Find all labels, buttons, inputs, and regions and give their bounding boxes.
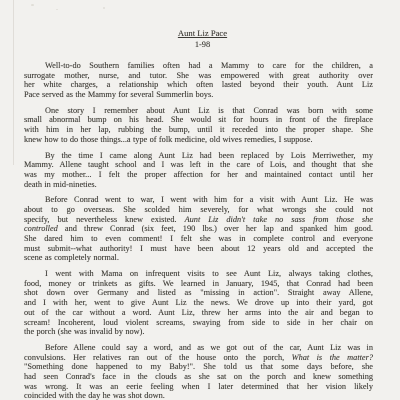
scanned-page-edge	[13, 0, 14, 165]
scan-speck	[56, 9, 58, 10]
document-page: Aunt Liz Pace 1-98 Well-to-do Southern f…	[0, 0, 400, 400]
text-line: small abnormal bump on his head. She wou…	[24, 115, 373, 125]
italic-text-run: Aunt Liz didn't take no sass from those …	[185, 215, 373, 224]
text-line: knew how to do those things...a type of …	[24, 135, 373, 145]
paragraph: Before Allene could say a word, and as w…	[24, 343, 373, 400]
text-run: had seen Conrad's face in the clouds as …	[24, 372, 373, 381]
text-run: small abnormal bump on his head. She wou…	[24, 115, 373, 124]
text-line: "Something done happened to my Baby!". S…	[24, 362, 373, 372]
text-run: scream! Incoherent, loud violent screams…	[24, 318, 373, 327]
document-body: Well-to-do Southern families often had a…	[24, 61, 373, 400]
text-run: By the time I came along Aunt Liz had be…	[45, 151, 373, 160]
text-line: One story I remember about Aunt Liz is t…	[24, 106, 373, 116]
text-run: with him in her lap, rubbing the bump, u…	[24, 125, 373, 134]
text-run: Well-to-do Southern families often had a…	[45, 61, 373, 70]
text-run: out of the car without a word. Aunt Liz,…	[24, 308, 373, 317]
text-line: food, money or trinkets as gifts. We lea…	[24, 279, 373, 289]
text-line: She dared him to even comment! I felt sh…	[24, 234, 373, 244]
text-run: She dared him to even comment! I felt sh…	[24, 234, 373, 243]
text-line: By the time I came along Aunt Liz had be…	[24, 151, 373, 161]
text-run: "Something done happened to my Baby!". S…	[24, 362, 373, 371]
document-content: Aunt Liz Pace 1-98 Well-to-do Southern f…	[24, 28, 373, 400]
text-line: Pace served as the Mammy for several Sum…	[24, 90, 373, 100]
text-line: out of the car without a word. Aunt Liz,…	[24, 308, 373, 318]
text-run: was my mother... I felt the proper affec…	[24, 170, 373, 179]
text-line: surrogate mother, nurse, and tutor. She …	[24, 71, 373, 81]
page-number: 1-98	[24, 39, 373, 50]
paragraph: I went with Mama on infrequent visits to…	[24, 269, 373, 337]
text-run: death in mid-nineties.	[24, 180, 97, 189]
text-run: I went with Mama on infrequent visits to…	[45, 269, 373, 278]
text-line: scene as completely normal.	[24, 253, 373, 263]
text-run: Mammy. Allene taught school and I was le…	[24, 160, 373, 169]
text-run: Before Allene could say a word, and as w…	[45, 343, 373, 352]
text-run: scene as completely normal.	[24, 253, 119, 262]
paragraph: By the time I came along Aunt Liz had be…	[24, 151, 373, 190]
text-run: and threw Conrad (six feet, 190 lbs.) ov…	[58, 224, 373, 233]
text-line: scream! Incoherent, loud violent screams…	[24, 318, 373, 328]
text-run: specify, but nevertheless knew existed.	[24, 215, 185, 224]
italic-text-run: controlled	[24, 224, 58, 233]
text-run: knew how to do those things...a type of …	[24, 135, 313, 144]
text-line: her white charges, a relationship which …	[24, 80, 373, 90]
text-line: shot down over Germany and listed as "mi…	[24, 288, 373, 298]
text-run: the porch (she was invalid by now).	[24, 327, 144, 336]
text-line: Well-to-do Southern families often had a…	[24, 61, 373, 71]
text-line: was my mother... I felt the proper affec…	[24, 170, 373, 180]
text-line: I went with Mama on infrequent visits to…	[24, 269, 373, 279]
text-run: about to go overseas. She scolded him se…	[24, 205, 373, 214]
italic-text-run: What is the matter?	[292, 353, 373, 362]
text-run: shot down over Germany and listed as "mi…	[24, 288, 373, 297]
paragraph: Well-to-do Southern families often had a…	[24, 61, 373, 100]
text-run: convulsions. Her relatives ran out of th…	[24, 353, 292, 362]
text-run: Before Conrad went to war, I went with h…	[45, 195, 373, 204]
text-line: and I with her, went to give Aunt Liz th…	[24, 298, 373, 308]
text-line: had seen Conrad's face in the clouds as …	[24, 372, 373, 382]
text-run: Pace served as the Mammy for several Sum…	[24, 90, 213, 99]
text-line: death in mid-nineties.	[24, 180, 373, 190]
text-run: food, money or trinkets as gifts. We lea…	[24, 279, 373, 288]
paragraph: One story I remember about Aunt Liz is t…	[24, 106, 373, 145]
text-line: Before Allene could say a word, and as w…	[24, 343, 373, 353]
scan-speck	[31, 4, 34, 6]
text-line: about to go overseas. She scolded him se…	[24, 205, 373, 215]
text-line: Before Conrad went to war, I went with h…	[24, 195, 373, 205]
text-run: her white charges, a relationship which …	[24, 80, 373, 89]
text-run: was wrong. It was an eerie feeling when …	[24, 382, 373, 391]
page-title: Aunt Liz Pace	[24, 28, 373, 39]
paragraph: Before Conrad went to war, I went with h…	[24, 195, 373, 263]
text-run: coincided with the day he was shot down.	[24, 391, 165, 400]
text-line: controlled and threw Conrad (six feet, 1…	[24, 224, 373, 234]
text-line: must submit--what authority! I must have…	[24, 244, 373, 254]
text-run: must submit--what authority! I must have…	[24, 244, 373, 253]
text-run: and I with her, went to give Aunt Liz th…	[24, 298, 373, 307]
text-line: was wrong. It was an eerie feeling when …	[24, 382, 373, 392]
text-run: One story I remember about Aunt Liz is t…	[45, 106, 373, 115]
text-line: the porch (she was invalid by now).	[24, 327, 373, 337]
scan-speck	[103, 7, 105, 9]
text-line: convulsions. Her relatives ran out of th…	[24, 353, 373, 363]
text-run: surrogate mother, nurse, and tutor. She …	[24, 71, 373, 80]
text-line: Mammy. Allene taught school and I was le…	[24, 160, 373, 170]
text-line: coincided with the day he was shot down.	[24, 391, 373, 400]
text-line: specify, but nevertheless knew existed. …	[24, 215, 373, 225]
text-line: with him in her lap, rubbing the bump, u…	[24, 125, 373, 135]
